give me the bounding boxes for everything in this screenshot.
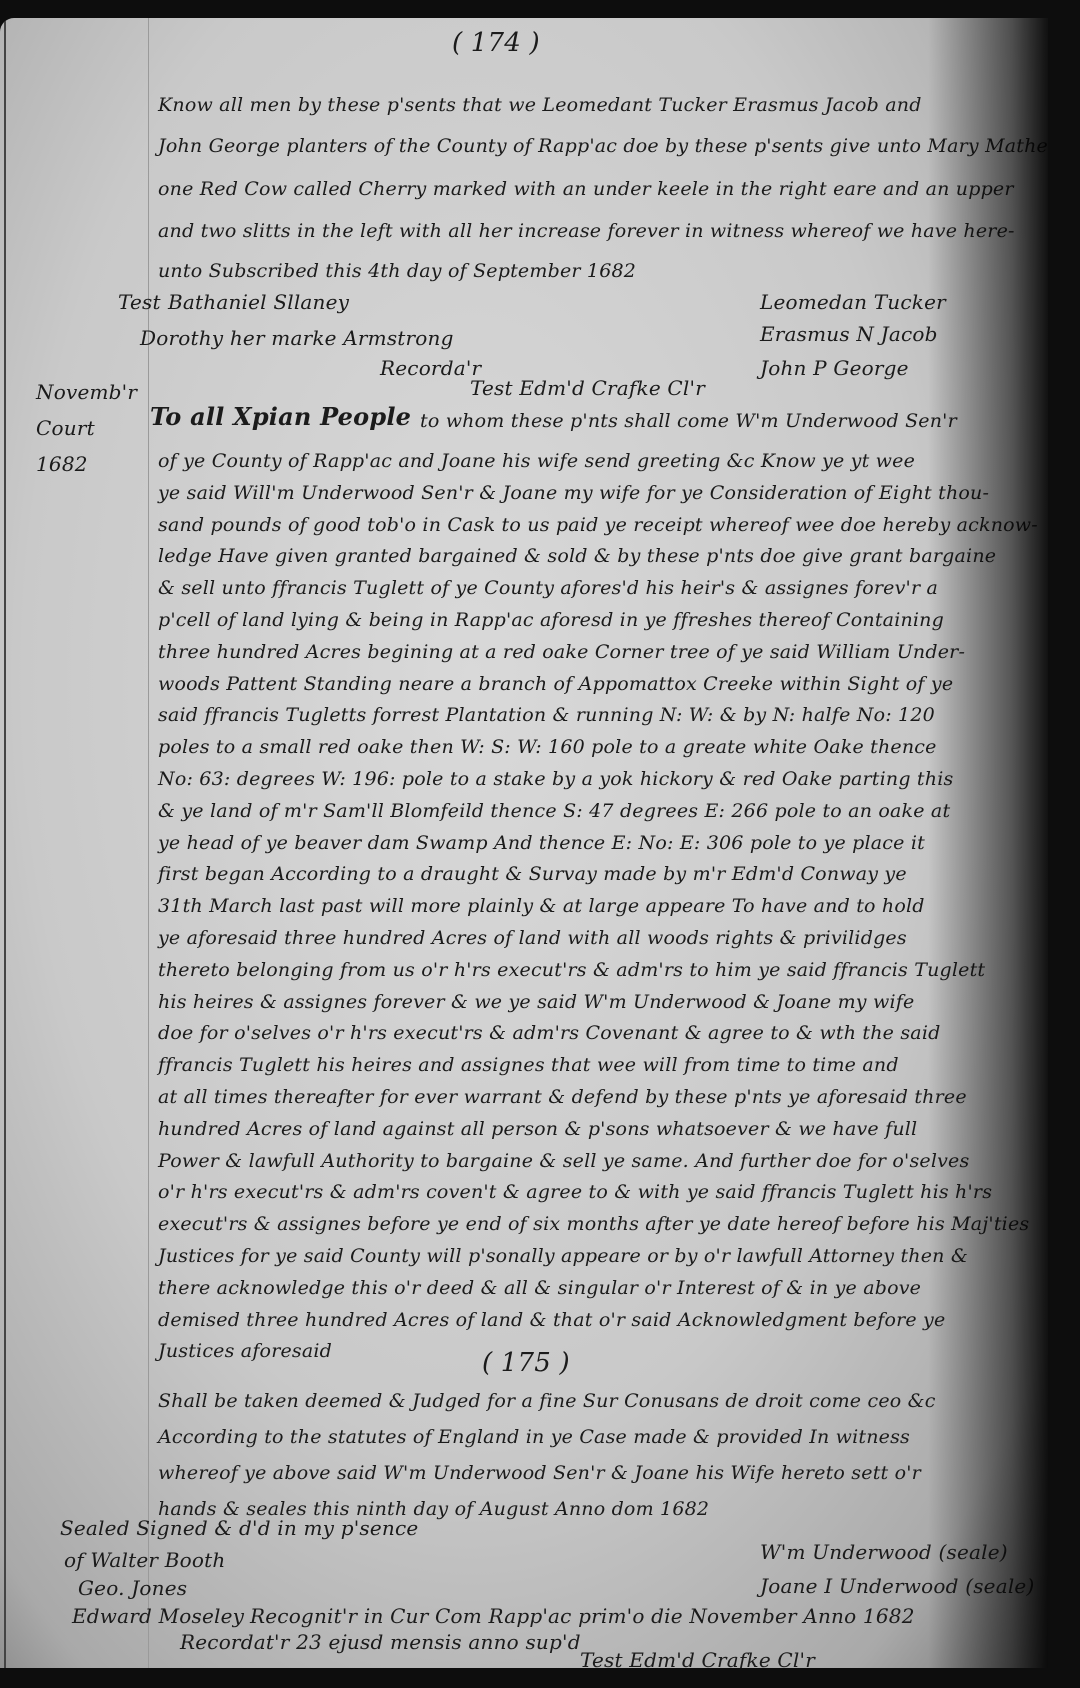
page-edge bbox=[4, 18, 6, 1668]
deed2-line: ye head of ye beaver dam Swamp And thenc… bbox=[158, 832, 925, 854]
deed1-line: unto Subscribed this 4th day of Septembe… bbox=[158, 260, 636, 282]
deed2-line: execut'rs & assignes before ye end of si… bbox=[158, 1213, 1029, 1235]
deed2-line: & sell unto ffrancis Tuglett of ye Count… bbox=[158, 577, 938, 599]
deed2-line: his heires & assignes forever & we ye sa… bbox=[158, 991, 914, 1013]
deed2-line: woods Pattent Standing neare a branch of… bbox=[158, 673, 953, 695]
page-number-top: ( 174 ) bbox=[452, 28, 540, 58]
manuscript-page: ( 174 ) Know all men by these p'sents th… bbox=[0, 18, 1048, 1668]
deed1-witness: Bathaniel Sllaney bbox=[168, 290, 349, 314]
deed2-witness: of Walter Booth bbox=[64, 1548, 225, 1572]
deed1-line: Know all men by these p'sents that we Le… bbox=[158, 94, 922, 116]
deed2-continued-line: whereof ye above said W'm Underwood Sen'… bbox=[158, 1462, 921, 1484]
deed2-line: said ffrancis Tugletts forrest Plantatio… bbox=[158, 704, 935, 726]
page-number-mid: ( 175 ) bbox=[482, 1348, 570, 1378]
deed2-line: to whom these p'nts shall come W'm Under… bbox=[420, 410, 957, 432]
deed1-signer: John P George bbox=[760, 356, 909, 380]
deed2-continued-line: According to the statutes of England in … bbox=[158, 1426, 910, 1448]
deed1-signer: Leomedan Tucker bbox=[760, 290, 946, 314]
deed2-line: demised three hundred Acres of land & th… bbox=[158, 1309, 945, 1331]
deed2-line: first began According to a draught & Sur… bbox=[158, 863, 907, 885]
deed1-witness: Dorothy her marke Armstrong bbox=[140, 326, 454, 350]
deed2-signer: W'm Underwood (seale) bbox=[760, 1540, 1008, 1564]
deed2-signer: Joane I Underwood (seale) bbox=[760, 1574, 1034, 1598]
deed2-line: No: 63: degrees W: 196: pole to a stake … bbox=[158, 768, 953, 790]
deed2-line: of ye County of Rapp'ac and Joane his wi… bbox=[158, 450, 915, 472]
deed2-line: ledge Have given granted bargained & sol… bbox=[158, 545, 996, 567]
deed2-line: Justices for ye said County will p'sonal… bbox=[158, 1245, 968, 1267]
deed2-witness: Edward Moseley bbox=[72, 1604, 244, 1628]
deed2-line: three hundred Acres begining at a red oa… bbox=[158, 641, 965, 663]
deed1-line: one Red Cow called Cherry marked with an… bbox=[158, 178, 1014, 200]
deed2-line: doe for o'selves o'r h'rs execut'rs & ad… bbox=[158, 1022, 940, 1044]
deed1-line: John George planters of the County of Ra… bbox=[158, 135, 1048, 157]
deed2-line: hundred Acres of land against all person… bbox=[158, 1118, 917, 1140]
deed2-line: Justices aforesaid bbox=[158, 1340, 332, 1362]
margin-note: Novemb'r bbox=[36, 380, 137, 404]
margin-note: Court bbox=[36, 416, 95, 440]
margin-note: 1682 bbox=[36, 452, 88, 476]
deed1-recorded: Recorda'r bbox=[380, 356, 481, 380]
scan-border-top bbox=[0, 0, 1080, 18]
deed2-witness: Geo. Jones bbox=[78, 1576, 187, 1600]
deed2-test-clerk: Test Edm'd Crafke Cl'r bbox=[580, 1648, 815, 1668]
deed2-line: o'r h'rs execut'rs & adm'rs coven't & ag… bbox=[158, 1181, 992, 1203]
deed1-witness-label: Test bbox=[118, 290, 161, 314]
deed2-line: there acknowledge this o'r deed & all & … bbox=[158, 1277, 921, 1299]
deed1-test-clerk: Test Edm'd Crafke Cl'r bbox=[470, 376, 705, 400]
deed2-line: p'cell of land lying & being in Rapp'ac … bbox=[158, 609, 944, 631]
deed2-line: ye said Will'm Underwood Sen'r & Joane m… bbox=[158, 482, 989, 504]
deed2-opening: To all Xpian People bbox=[150, 402, 411, 431]
scan-border-bottom bbox=[0, 1668, 1080, 1688]
deed2-line: ye aforesaid three hundred Acres of land… bbox=[158, 927, 907, 949]
deed2-line: poles to a small red oake then W: S: W: … bbox=[158, 736, 937, 758]
deed2-line: Power & lawfull Authority to bargaine & … bbox=[158, 1150, 969, 1172]
deed2-line: at all times thereafter for ever warrant… bbox=[158, 1086, 967, 1108]
deed2-line: sand pounds of good tob'o in Cask to us … bbox=[158, 514, 1038, 536]
deed1-line: and two slitts in the left with all her … bbox=[158, 220, 1015, 242]
deed2-line: thereto belonging from us o'r h'rs execu… bbox=[158, 959, 985, 981]
deed2-line: & ye land of m'r Sam'll Blomfeild thence… bbox=[158, 800, 950, 822]
deed2-sealed-label: Sealed Signed & d'd in my p'sence bbox=[60, 1516, 418, 1540]
deed2-recorded: Recordat'r 23 ejusd mensis anno sup'd bbox=[180, 1630, 581, 1654]
deed2-continued-line: Shall be taken deemed & Judged for a fin… bbox=[158, 1390, 936, 1412]
deed2-line: 31th March last past will more plainly &… bbox=[158, 895, 925, 917]
deed2-recognition: Recognit'r in Cur Com Rapp'ac prim'o die… bbox=[250, 1604, 915, 1628]
deed2-line: ffrancis Tuglett his heires and assignes… bbox=[158, 1054, 899, 1076]
deed1-signer: Erasmus N Jacob bbox=[760, 322, 938, 346]
margin-rule bbox=[148, 18, 149, 1668]
